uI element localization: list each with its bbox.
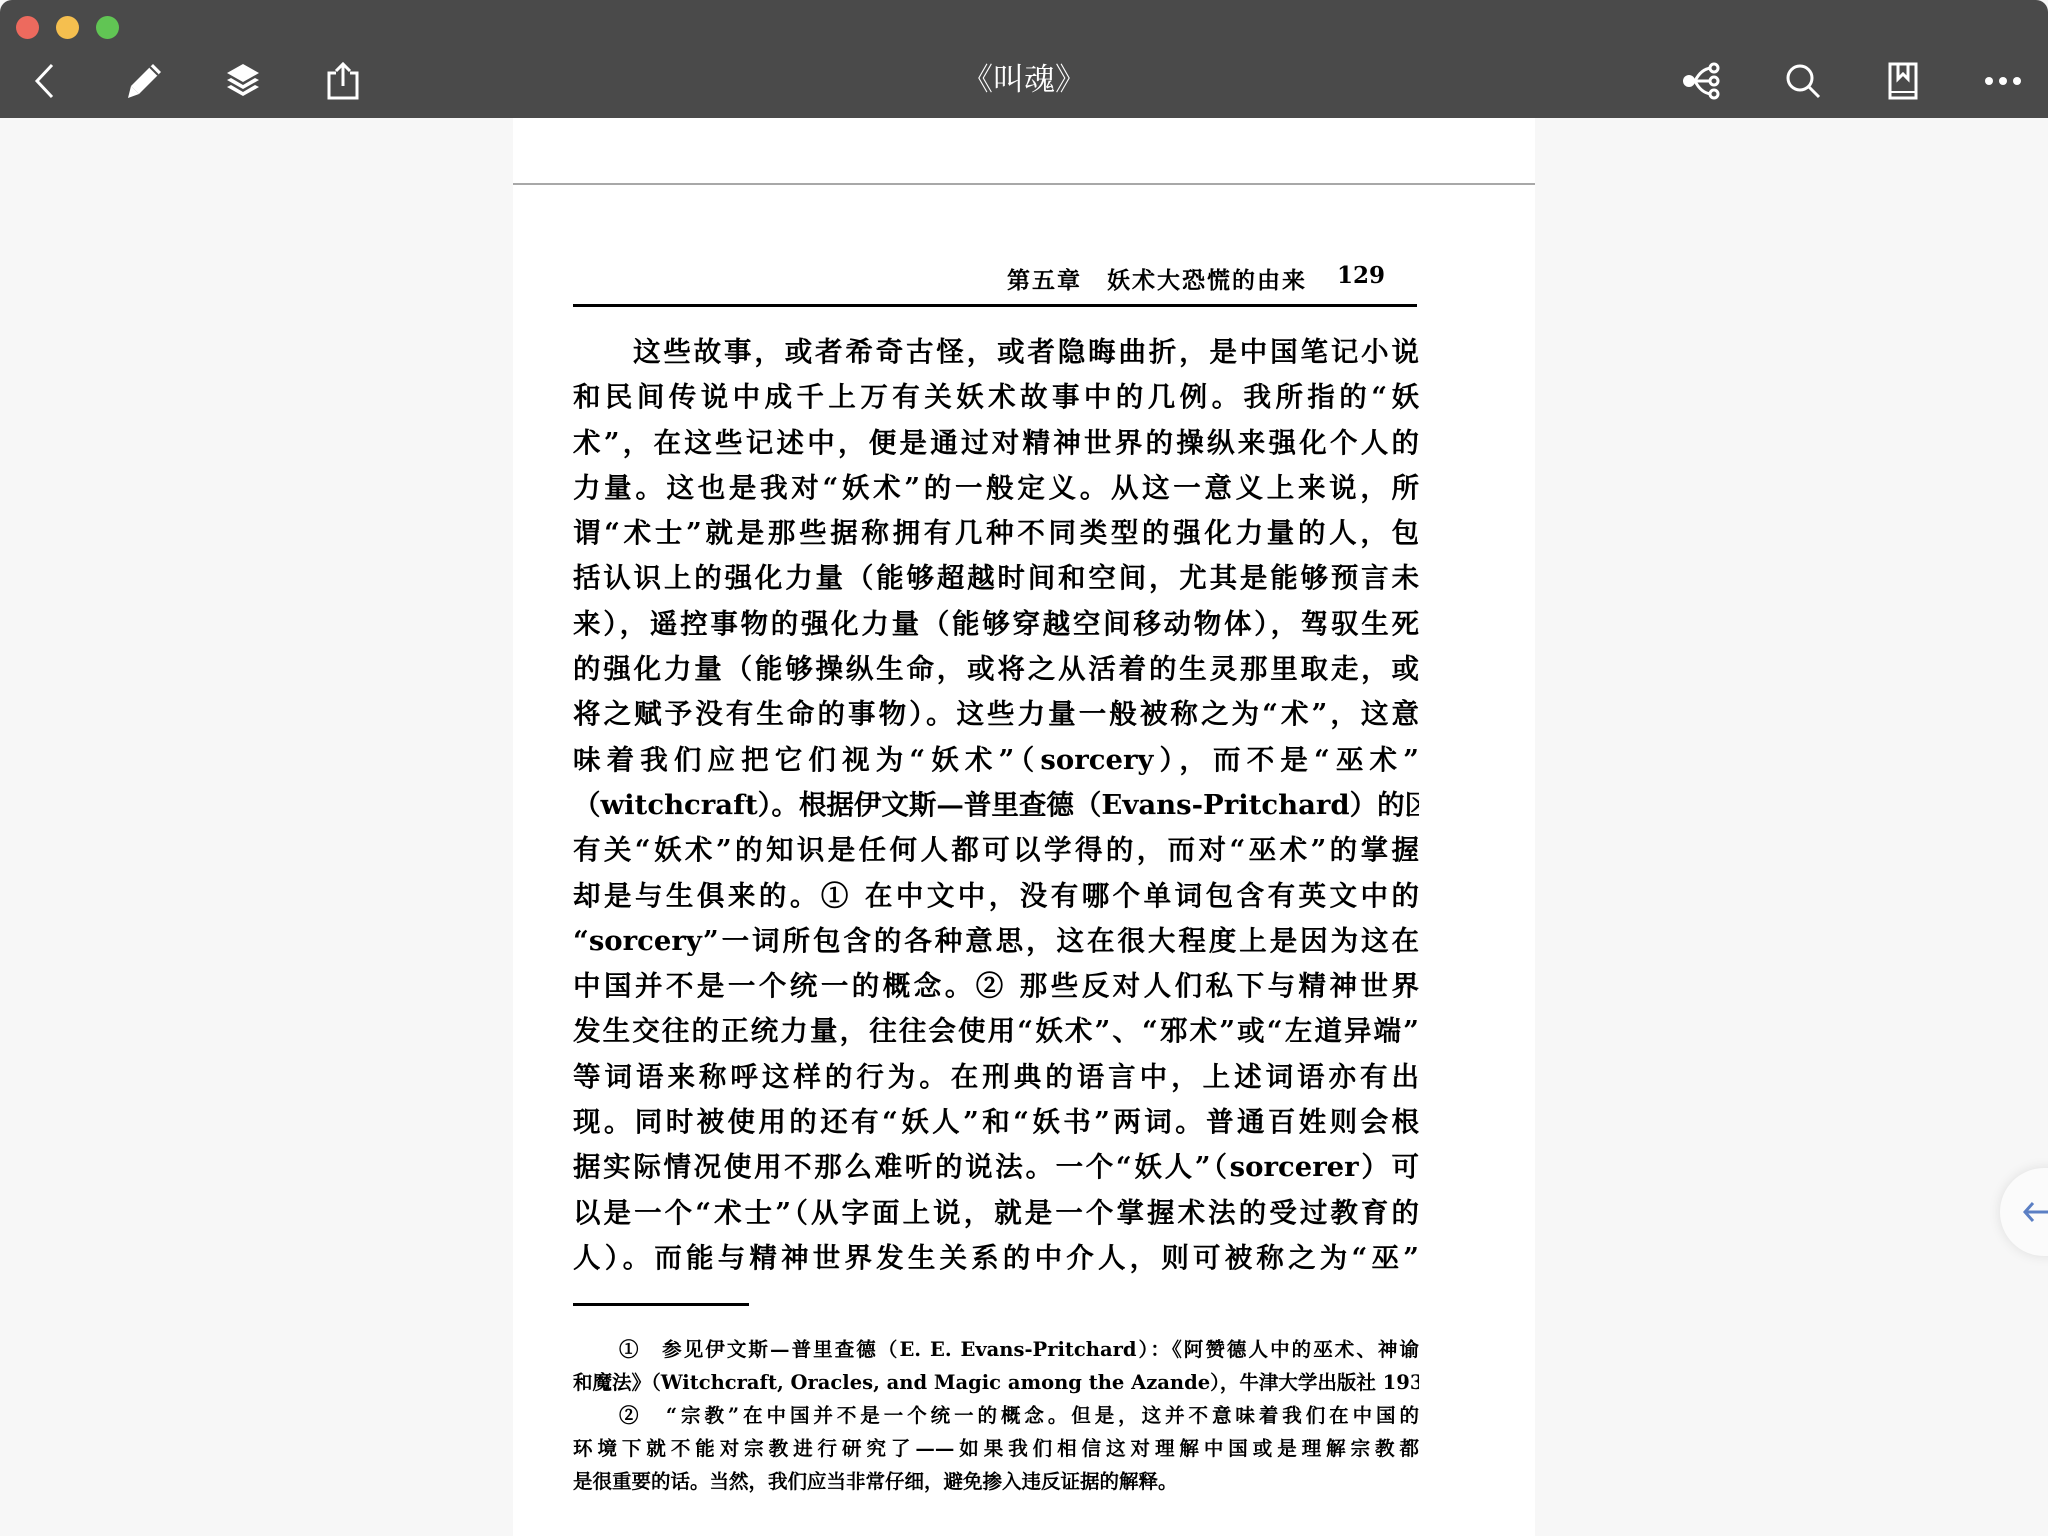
search-button[interactable] (1778, 56, 1828, 106)
title-bar: 《叫魂》 (0, 0, 2048, 118)
footnote-1-line: ① 参见伊文斯—普里查德（E. E. Evans-Pritchard）：《阿赞德… (573, 1333, 1419, 1366)
more-button[interactable] (1978, 56, 2028, 106)
text-line: 等词语来称呼这样的行为。在刑典的语言中，上述词语亦有出 (573, 1055, 1419, 1100)
window-controls (16, 16, 119, 39)
more-icon (1983, 75, 2023, 87)
text-line: （witchcraft）。根据伊文斯—普里查德（Evans-Pritchard）… (573, 783, 1419, 828)
page-top-divider (513, 183, 1535, 185)
text-line: 谓“术士”就是那些据称拥有几种不同类型的强化力量的人，包 (573, 511, 1419, 556)
maximize-window-button[interactable] (96, 16, 119, 39)
text-line: 来），遥控事物的强化力量（能够穿越空间移动物体），驾驭生死 (573, 602, 1419, 647)
text-line: 力量。这也是我对“妖术”的一般定义。从这一意义上来说，所 (573, 466, 1419, 511)
text-line: 人）。而能与精神世界发生关系的中介人，则可被称之为“巫” (573, 1236, 1419, 1281)
text-line: 术”，在这些记述中，便是通过对精神世界的操纵来强化个人的 (573, 421, 1419, 466)
mind-map-icon (1681, 59, 1725, 103)
mind-map-button[interactable] (1678, 56, 1728, 106)
text-line: 现。同时被使用的还有“妖人”和“妖书”两词。普通百姓则会根 (573, 1100, 1419, 1145)
text-line: 据实际情况使用不那么难听的说法。一个“妖人”（sorcerer）可 (573, 1145, 1419, 1190)
footnote-2-line: ② “宗教”在中国并不是一个统一的概念。但是，这并不意味着我们在中国的 (573, 1399, 1419, 1432)
search-icon (1783, 61, 1823, 101)
text-line: 味着我们应把它们视为“妖术”（sorcery），而不是“巫术” (573, 738, 1419, 783)
text-line: 将之赋予没有生命的事物）。这些力量一般被称之为“术”，这意 (573, 692, 1419, 737)
text-line: 发生交往的正统力量，往往会使用“妖术”、“邪术”或“左道异端” (573, 1009, 1419, 1054)
arrow-left-icon (2022, 1200, 2048, 1224)
footnotes: ① 参见伊文斯—普里查德（E. E. Evans-Pritchard）：《阿赞德… (573, 1333, 1419, 1498)
running-head: 第五章 妖术大恐慌的由来 129 (573, 258, 1417, 307)
body-text: 这些故事，或者希奇古怪，或者隐晦曲折，是中国笔记小说 和民间传说中成千上万有关妖… (573, 330, 1419, 1281)
document-page: 第五章 妖术大恐慌的由来 129 这些故事，或者希奇古怪，或者隐晦曲折，是中国笔… (513, 118, 1535, 1536)
side-panel-toggle[interactable] (2000, 1168, 2048, 1256)
close-window-button[interactable] (16, 16, 39, 39)
text-line: 的强化力量（能够操纵生命，或将之从活着的生灵那里取走，或 (573, 647, 1419, 692)
text-line: “sorcery”一词所包含的各种意思，这在很大程度上是因为这在 (573, 919, 1419, 964)
bookmark-button[interactable] (1878, 56, 1928, 106)
page-number: 129 (1337, 262, 1385, 289)
text-line: 中国并不是一个统一的概念。② 那些反对人们私下与精神世界 (573, 964, 1419, 1009)
text-line: 却是与生俱来的。① 在中文中，没有哪个单词包含有英文中的 (573, 874, 1419, 919)
text-line: 有关“妖术”的知识是任何人都可以学得的，而对“巫术”的掌握 (573, 828, 1419, 873)
bookmark-book-icon (1886, 61, 1920, 101)
footnote-1-line: 和魔法》（Witchcraft, Oracles, and Magic amon… (573, 1366, 1419, 1399)
text-line: 这些故事，或者希奇古怪，或者隐晦曲折，是中国笔记小说 (573, 330, 1419, 375)
chapter-title: 第五章 妖术大恐慌的由来 (1007, 262, 1307, 295)
text-line: 括认识上的强化力量（能够超越时间和空间，尤其是能够预言未 (573, 556, 1419, 601)
text-line: 以是一个“术士”（从字面上说，就是一个掌握术法的受过教育的 (573, 1191, 1419, 1236)
document-title: 《叫魂》 (0, 58, 2048, 102)
footnote-2-line: 环境下就不能对宗教进行研究了——如果我们相信这对理解中国或是理解宗教都 (573, 1432, 1419, 1465)
footnote-2-line: 是很重要的话。当然，我们应当非常仔细，避免掺入违反证据的解释。 (573, 1465, 1419, 1498)
footnote-divider (573, 1303, 749, 1306)
minimize-window-button[interactable] (56, 16, 79, 39)
text-line: 和民间传说中成千上万有关妖术故事中的几例。我所指的“妖 (573, 375, 1419, 420)
